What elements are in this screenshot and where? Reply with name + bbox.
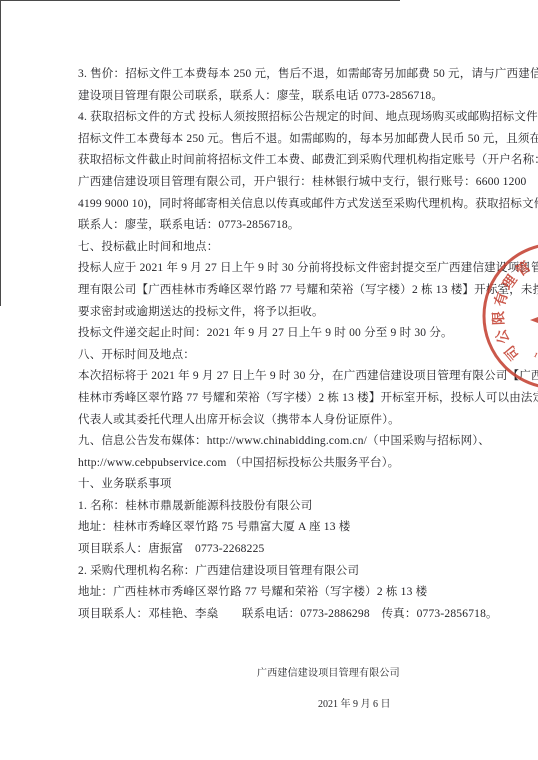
doc-line: 桂林市秀峰区翠竹路 77 号耀和荣裕（写字楼）2 栋 13 楼】开标室开标，投标… (78, 388, 478, 410)
doc-line: 投标人应于 2021 年 9 月 27 日上午 9 时 30 分前将投标文件密封… (78, 258, 478, 280)
seal-number: 1021870 (532, 351, 538, 364)
seal-star-icon (530, 295, 538, 344)
doc-line: 要求密封或逾期送达的投标文件，将予以拒收。 (78, 302, 478, 324)
doc-line: 七、投标截止时间和地点： (78, 237, 478, 259)
doc-line: 招标文件工本费每本 250 元。售后不退。如需邮购的，每本另加邮费人民币 50 … (78, 129, 478, 151)
doc-line: 2. 采购代理机构名称：广西建信建设项目管理有限公司 (78, 561, 478, 583)
doc-line: 4. 获取招标文件的方式 投标人须按照招标公告规定的时间、地点现场购买或邮购招标… (78, 107, 478, 129)
seal-arc-char: 有 (491, 290, 511, 308)
doc-line: 地址：广西桂林市秀峰区翠竹路 77 号耀和荣裕（写字楼）2 栋 13 楼 (78, 582, 478, 604)
doc-line: 项目联系人：邓桂艳、李燊 联系电话：0773-2886298 传真：0773-2… (78, 604, 478, 626)
doc-line: 八、开标时间及地点： (78, 345, 478, 367)
doc-line: 地址：桂林市秀峰区翠竹路 75 号鼎富大厦 A 座 13 楼 (78, 517, 478, 539)
doc-line: 3. 售价：招标文件工本费每本 250 元，售后不退，如需邮寄另加邮费 50 元… (78, 64, 478, 86)
seal-arc-char: 公 (493, 326, 513, 346)
signature-company: 广西建信建设项目管理有限公司 (257, 663, 538, 684)
seal-arc-char: 司 (501, 342, 523, 364)
doc-line: 项目联系人：唐振富 0773-2268225 (78, 539, 478, 561)
seal-arc-char: 限 (490, 311, 507, 326)
seal-arc-char: 管 (513, 258, 534, 280)
signature-block: 广西建信建设项目管理有限公司 2021 年 9 月 6 日 (78, 663, 538, 715)
document-page: 3. 售价：招标文件工本费每本 250 元，售后不退，如需邮寄另加邮费 50 元… (0, 0, 538, 760)
doc-line: 1. 名称：桂林市鼎晟新能源科技股份有限公司 (78, 496, 478, 518)
doc-line: 获取招标文件截止时间前将招标文件工本费、邮费汇到采购代理机构指定账号（开户名称： (78, 150, 478, 172)
scan-edge-top (0, 0, 400, 1)
doc-line: 投标文件递交起止时间：2021 年 9 月 27 日上午 9 时 00 分至 9… (78, 323, 478, 345)
doc-line: 联系人：廖莹，联系电话：0773-2856718。 (78, 215, 478, 237)
doc-line: 广西建信建设项目管理有限公司，开户银行：桂林银行城中支行，银行账号：6600 1… (78, 172, 478, 194)
doc-line: 本次招标将于 2021 年 9 月 27 日上午 9 时 30 分，在广西建信建… (78, 366, 478, 388)
doc-text-block: 3. 售价：招标文件工本费每本 250 元，售后不退，如需邮寄另加邮费 50 元… (78, 64, 478, 625)
doc-line: 十、业务联系事项 (78, 474, 478, 496)
doc-line: 理有限公司【广西桂林市秀峰区翠竹路 77 号耀和荣裕（写字楼）2 栋 13 楼】… (78, 280, 478, 302)
doc-line: http://www.cebpubservice.com （中国招标投标公共服务… (78, 453, 478, 475)
doc-line: 九、信息公告发布媒体：http://www.chinabidding.com.c… (78, 431, 478, 453)
signature-date: 2021 年 9 月 6 日 (318, 694, 538, 715)
doc-line: 代表人或其委托代理人出席开标会议（携带本人身份证原件）。 (78, 410, 478, 432)
doc-line: 4199 9000 10)，同时将邮寄相关信息以传真或邮件方式发送至采购代理机构… (78, 194, 478, 216)
company-seal-icon: 管 理 有 限 公 司 1021870 (476, 242, 538, 402)
scan-edge-left (0, 0, 1, 306)
doc-line: 建设项目管理有限公司联系，联系人：廖莹，联系电话 0773-2856718。 (78, 86, 478, 108)
